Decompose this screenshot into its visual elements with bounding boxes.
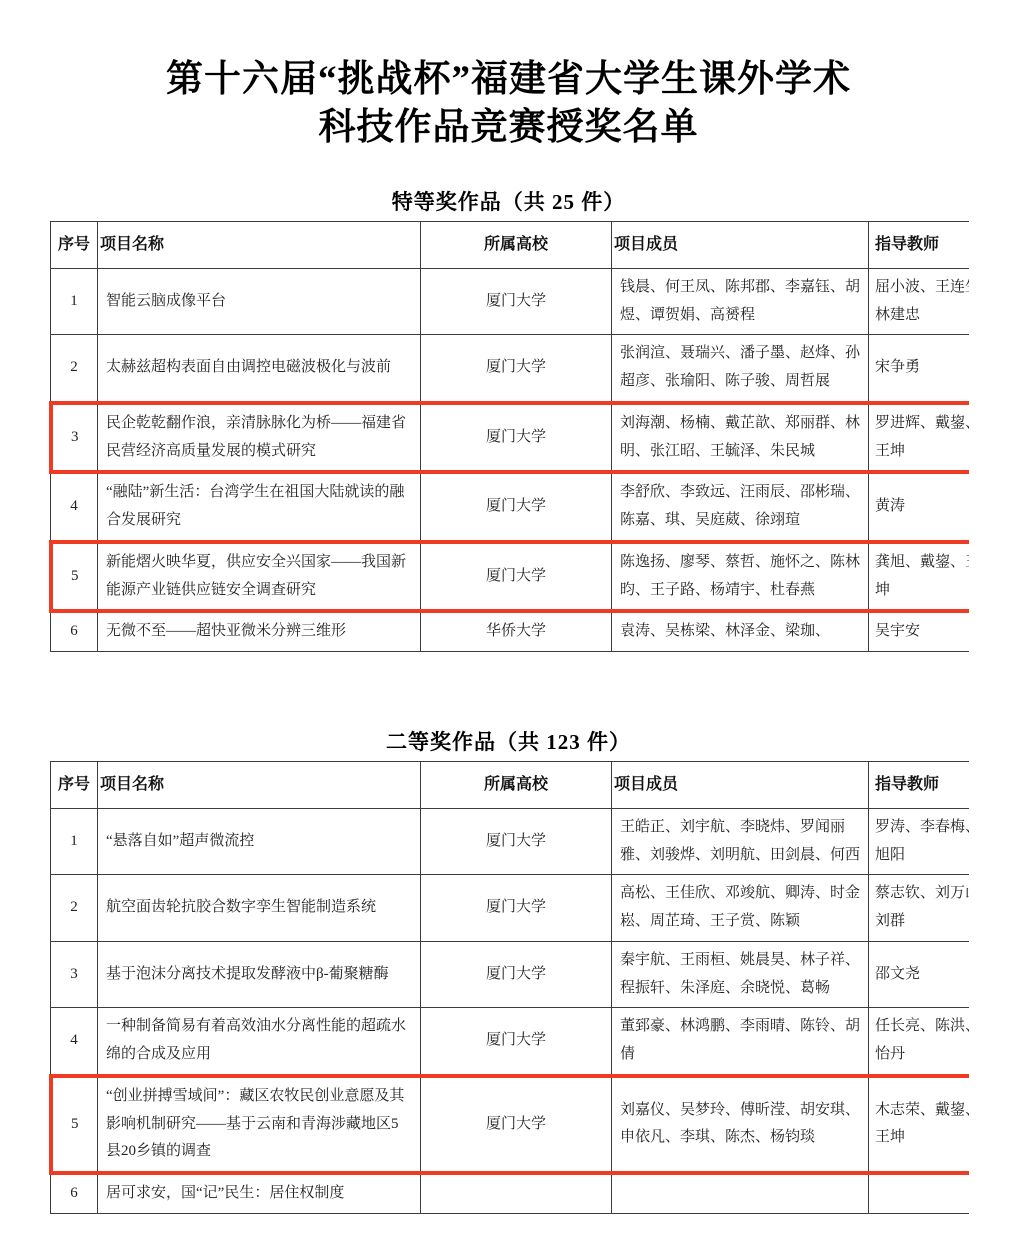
table-row: 2太赫兹超构表面自由调控电磁波极化与波前厦门大学张润渲、聂瑞兴、潘子墨、赵烽、孙… [51,335,969,403]
cell-project-name: “创业拼搏雪域间”：藏区农牧民创业意愿及其影响机制研究——基于云南和青海涉藏地区… [98,1076,421,1173]
cell-serial-number: 4 [51,472,98,542]
cell-university: 厦门大学 [421,875,612,942]
cell-project-name: 一种制备简易有着高效油水分离性能的超疏水绵的合成及应用 [98,1008,421,1076]
table-row: 1智能云脑成像平台厦门大学钱晨、何王凤、陈邦郡、李嘉钰、胡煜、谭贺娟、高赟程屈小… [51,268,969,335]
cell-serial-number: 3 [51,941,98,1008]
cell-project-members: 张润渲、聂瑞兴、潘子墨、赵烽、孙超彦、张瑜阳、陈子骏、周哲展 [612,335,869,403]
second-prize-table: 序号项目名称所属高校项目成员指导教师1“悬落自如”超声微流控厦门大学王皓正、刘宇… [49,761,969,1214]
cell-project-members [612,1173,869,1213]
cell-project-members: 秦宇航、王雨桓、姚晨昊、林子祥、程振轩、朱泽庭、余晓悦、葛畅 [612,941,869,1008]
cell-advisors: 黄涛 [869,472,969,542]
cell-serial-number: 1 [51,808,98,875]
cell-advisors [869,1173,969,1213]
cell-university: 厦门大学 [421,808,612,875]
cell-university [421,1173,612,1213]
column-header-university: 所属高校 [421,762,612,809]
cell-serial-number: 2 [51,335,98,403]
table-row: 6居可求安，国“记”民生：居住权制度 [51,1173,969,1213]
cell-advisors: 邵文尧 [869,941,969,1008]
column-header-project-name: 项目名称 [98,222,421,269]
table-header-row: 序号项目名称所属高校项目成员指导教师 [51,222,969,269]
column-header-serial-number: 序号 [51,762,98,809]
column-header-project-name: 项目名称 [98,762,421,809]
cell-project-name: 民企乾乾翻作浪，亲清脉脉化为桥——福建省民营经济高质量发展的模式研究 [98,403,421,473]
cell-university: 厦门大学 [421,335,612,403]
cell-serial-number: 4 [51,1008,98,1076]
cell-advisors: 罗进辉、戴鋆、王坤 [869,403,969,473]
cell-project-members: 陈逸扬、廖琴、蔡哲、施怀之、陈林昀、王子路、杨靖宇、杜春燕 [612,542,869,612]
special-prize-table-clip: 序号项目名称所属高校项目成员指导教师1智能云脑成像平台厦门大学钱晨、何王凤、陈邦… [49,221,969,711]
section-heading-special-prize: 特等奖作品（共 25 件） [0,186,1017,216]
cell-serial-number: 1 [51,268,98,335]
cell-advisors: 木志荣、戴鋆、王坤 [869,1076,969,1173]
cell-project-members: 钱晨、何王凤、陈邦郡、李嘉钰、胡煜、谭贺娟、高赟程 [612,268,869,335]
cell-project-name: 无微不至——超快亚微米分辨三维形 [98,611,421,651]
special-prize-table: 序号项目名称所属高校项目成员指导教师1智能云脑成像平台厦门大学钱晨、何王凤、陈邦… [49,221,969,652]
table-row: 3基于泡沫分离技术提取发酵液中β-葡聚糖酶厦门大学秦宇航、王雨桓、姚晨昊、林子祥… [51,941,969,1008]
cell-university: 厦门大学 [421,1076,612,1173]
cell-project-members: 刘海潮、杨楠、戴芷歆、郑丽群、林明、张江昭、王毓泽、朱民城 [612,403,869,473]
column-header-serial-number: 序号 [51,222,98,269]
cell-project-members: 高松、王佳欣、邓竣航、卿涛、时金崧、周芷琦、王子赏、陈颖 [612,875,869,942]
section-special-prize: 特等奖作品（共 25 件） 序号项目名称所属高校项目成员指导教师1智能云脑成像平… [0,186,1017,711]
cell-university: 厦门大学 [421,268,612,335]
document-title-line2: 科技作品竞赛授奖名单 [319,107,699,148]
cell-project-members: 袁涛、吴栋梁、林泽金、梁珈、 [612,611,869,651]
cell-project-name: 基于泡沫分离技术提取发酵液中β-葡聚糖酶 [98,941,421,1008]
section-heading-second-prize: 二等奖作品（共 123 件） [0,726,1017,756]
cell-project-members: 董郅豪、林鸿鹏、李雨晴、陈铃、胡倩 [612,1008,869,1076]
cell-serial-number: 3 [51,403,98,473]
cell-project-name: 新能熠火映华夏，供应安全兴国家——我国新能源产业链供应链安全调查研究 [98,542,421,612]
cell-university: 厦门大学 [421,1008,612,1076]
cell-advisors: 龚旭、戴鋆、王坤 [869,542,969,612]
document-page: 第十六届“挑战杯”福建省大学生课外学术科技作品竞赛授奖名单 特等奖作品（共 25… [0,0,1017,1242]
cell-project-name: 智能云脑成像平台 [98,268,421,335]
table-row-highlighted: 3民企乾乾翻作浪，亲清脉脉化为桥——福建省民营经济高质量发展的模式研究厦门大学刘… [51,403,969,473]
cell-project-members: 刘嘉仪、吴梦玲、傅昕滢、胡安琪、申依凡、李琪、陈杰、杨钧琰 [612,1076,869,1173]
cell-university: 厦门大学 [421,472,612,542]
cell-project-members: 李舒欣、李致远、汪雨辰、邵彬瑞、陈嘉、琪、吴庭葳、徐翊瑄 [612,472,869,542]
table-row: 1“悬落自如”超声微流控厦门大学王皓正、刘宇航、李晓炜、罗闻丽雅、刘骏烨、刘明航… [51,808,969,875]
cell-advisors: 蔡志钦、刘万山、刘群 [869,875,969,942]
table-row: 4“融陆”新生活：台湾学生在祖国大陆就读的融合发展研究厦门大学李舒欣、李致远、汪… [51,472,969,542]
table-row-highlighted: 5新能熠火映华夏，供应安全兴国家——我国新能源产业链供应链安全调查研究厦门大学陈… [51,542,969,612]
cell-advisors: 罗涛、李春梅、褚旭阳 [869,808,969,875]
column-header-advisors: 指导教师 [869,222,969,269]
column-header-university: 所属高校 [421,222,612,269]
cell-serial-number: 6 [51,611,98,651]
table-row-highlighted: 5“创业拼搏雪域间”：藏区农牧民创业意愿及其影响机制研究——基于云南和青海涉藏地… [51,1076,969,1173]
document-title-line1: 第十六届“挑战杯”福建省大学生课外学术 [166,59,851,100]
column-header-advisors: 指导教师 [869,762,969,809]
cell-project-name: 航空面齿轮抗胶合数字孪生智能制造系统 [98,875,421,942]
column-header-project-members: 项目成员 [612,222,869,269]
section-second-prize: 二等奖作品（共 123 件） 序号项目名称所属高校项目成员指导教师1“悬落自如”… [0,726,1017,1242]
cell-university: 厦门大学 [421,941,612,1008]
cell-project-name: “悬落自如”超声微流控 [98,808,421,875]
cell-university: 厦门大学 [421,403,612,473]
table-row: 6无微不至——超快亚微米分辨三维形华侨大学袁涛、吴栋梁、林泽金、梁珈、吴宇安 [51,611,969,651]
cell-project-name: 居可求安，国“记”民生：居住权制度 [98,1173,421,1213]
cell-serial-number: 5 [51,542,98,612]
cell-serial-number: 5 [51,1076,98,1173]
cell-university: 厦门大学 [421,542,612,612]
document-title: 第十六届“挑战杯”福建省大学生课外学术科技作品竞赛授奖名单 [0,56,1017,152]
cell-serial-number: 6 [51,1173,98,1213]
table-row: 4一种制备简易有着高效油水分离性能的超疏水绵的合成及应用厦门大学董郅豪、林鸿鹏、… [51,1008,969,1076]
cell-advisors: 屈小波、王连生、林建忠 [869,268,969,335]
cell-advisors: 吴宇安 [869,611,969,651]
cell-project-members: 王皓正、刘宇航、李晓炜、罗闻丽雅、刘骏烨、刘明航、田剑晨、何西 [612,808,869,875]
column-header-project-members: 项目成员 [612,762,869,809]
cell-project-name: 太赫兹超构表面自由调控电磁波极化与波前 [98,335,421,403]
cell-university: 华侨大学 [421,611,612,651]
cell-project-name: “融陆”新生活：台湾学生在祖国大陆就读的融合发展研究 [98,472,421,542]
second-prize-table-clip: 序号项目名称所属高校项目成员指导教师1“悬落自如”超声微流控厦门大学王皓正、刘宇… [49,761,969,1242]
cell-advisors: 宋争勇 [869,335,969,403]
table-header-row: 序号项目名称所属高校项目成员指导教师 [51,762,969,809]
cell-advisors: 任长亮、陈洪、翁怡丹 [869,1008,969,1076]
cell-serial-number: 2 [51,875,98,942]
table-row: 2航空面齿轮抗胶合数字孪生智能制造系统厦门大学高松、王佳欣、邓竣航、卿涛、时金崧… [51,875,969,942]
